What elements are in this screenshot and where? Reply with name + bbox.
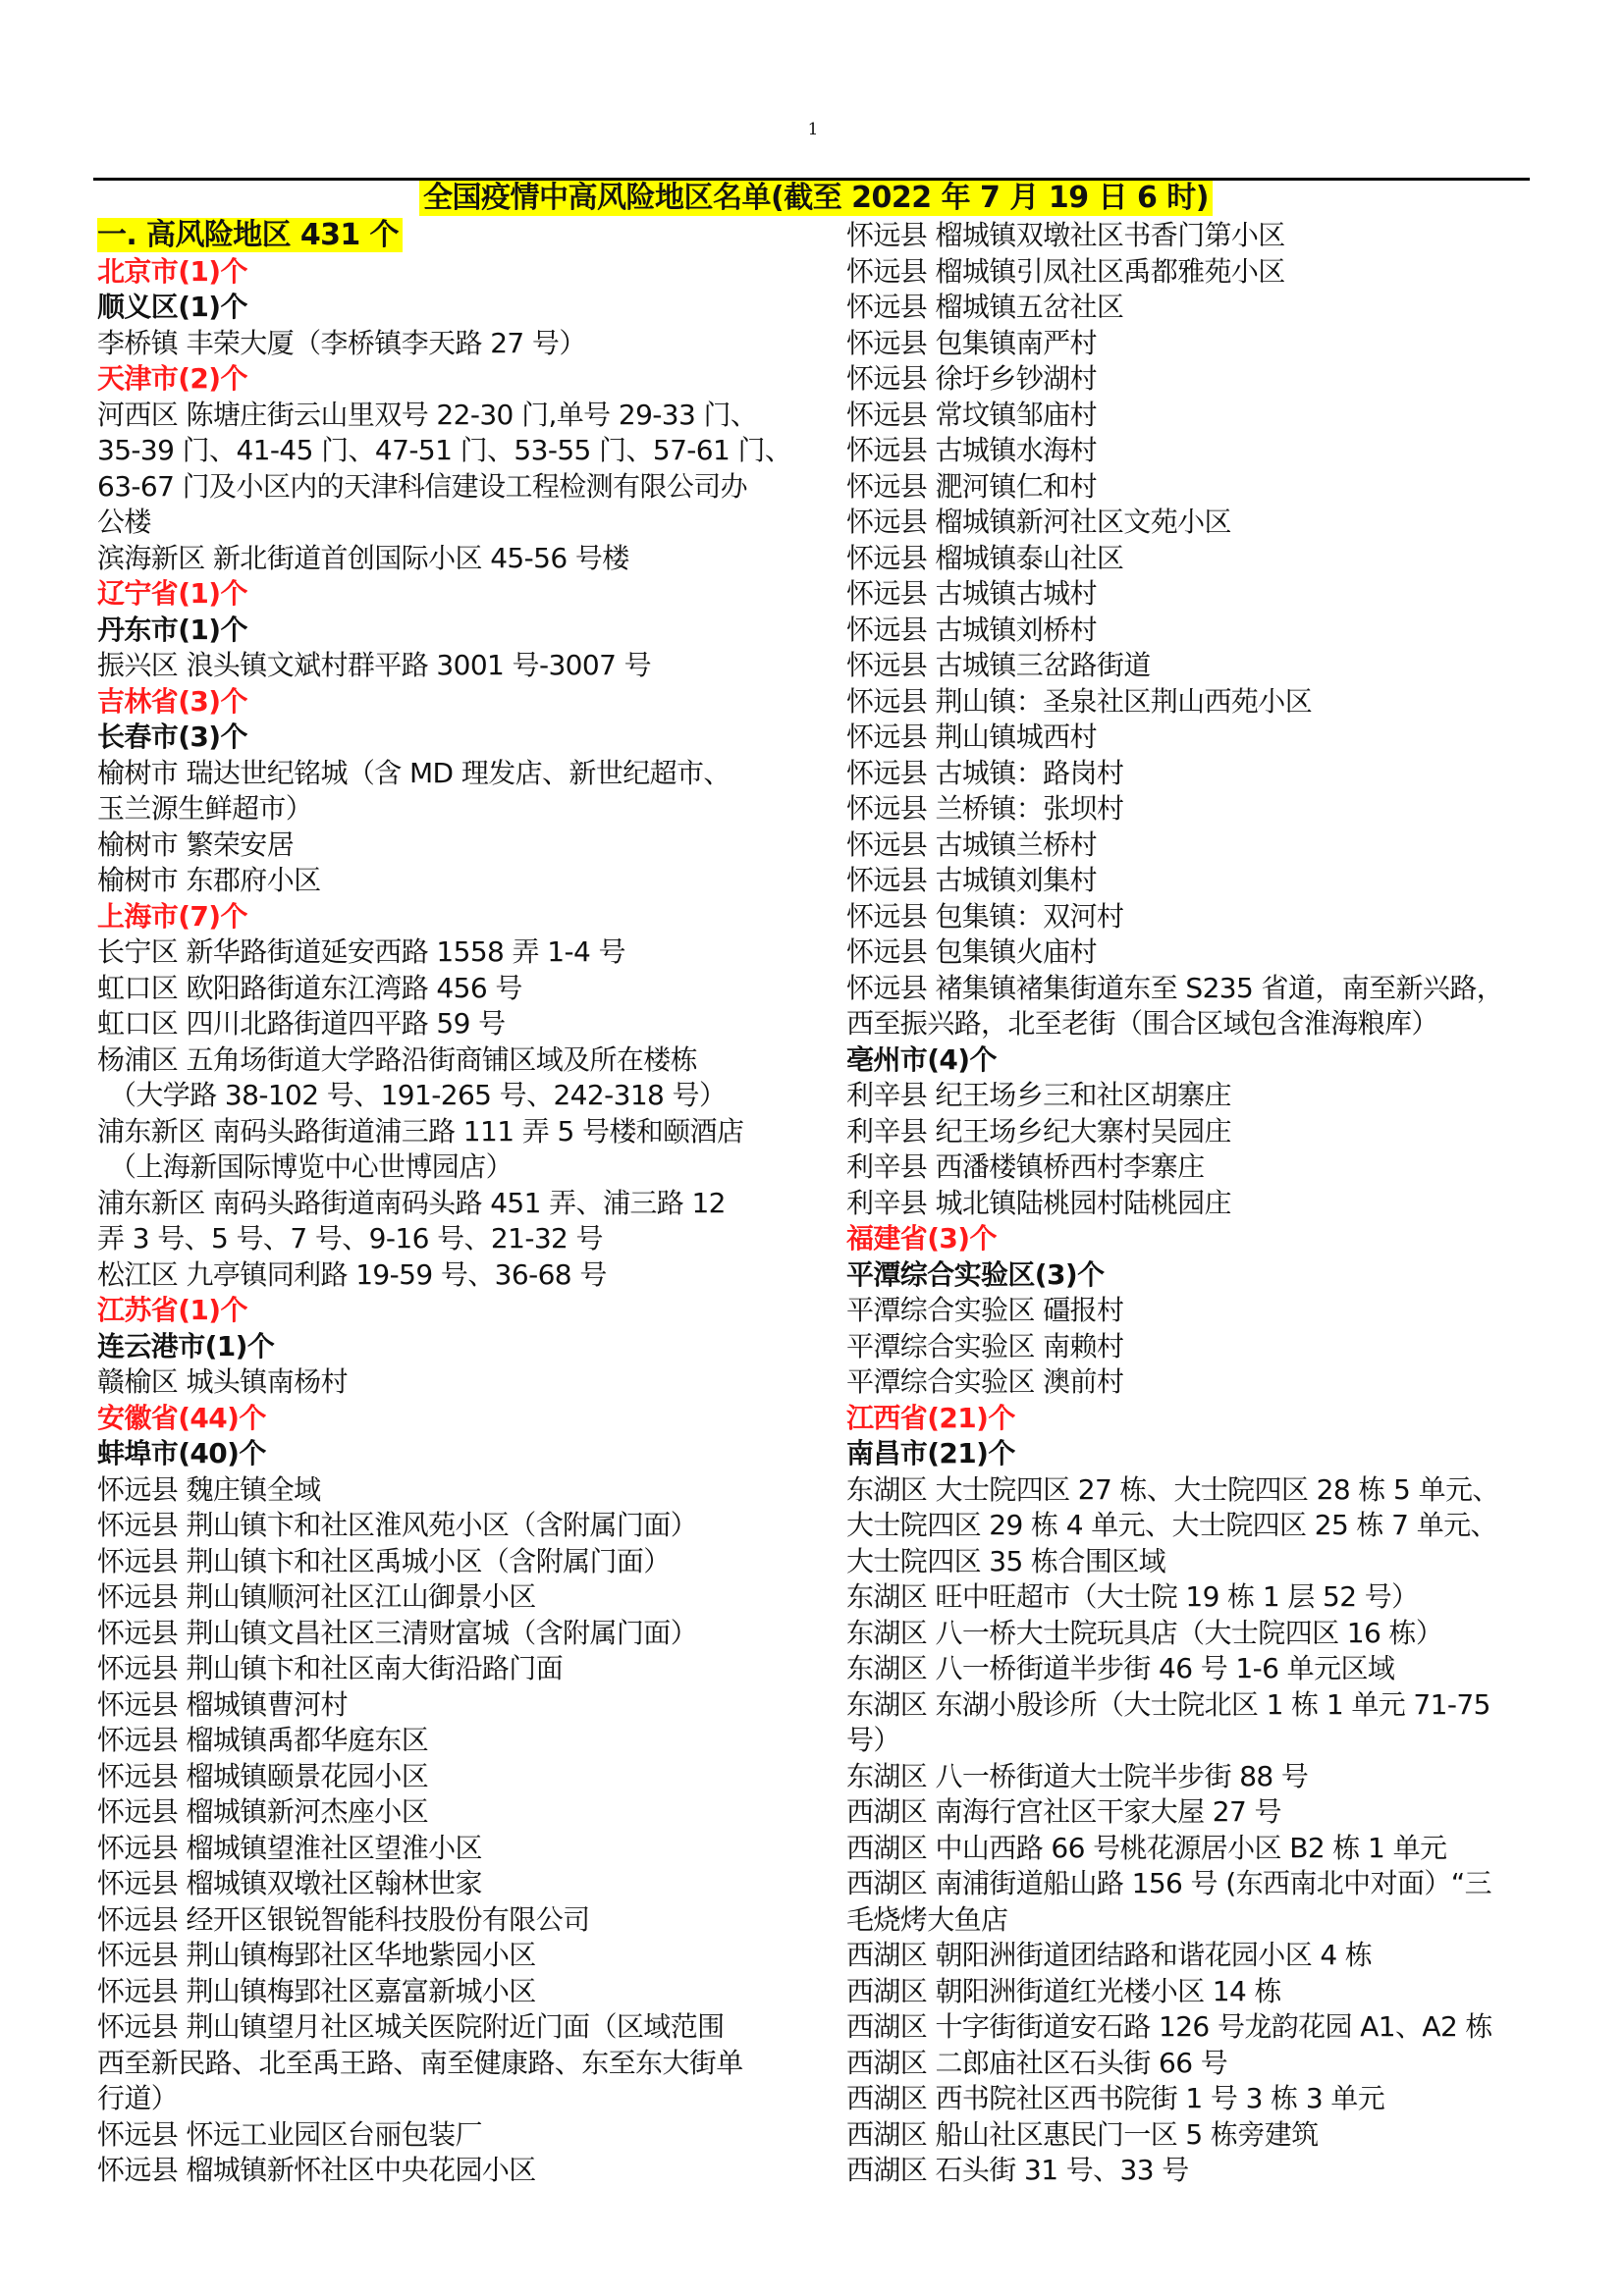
- area-entry: 怀远县 榴城镇颐景花园小区: [97, 1759, 819, 1795]
- area-entry: 虹口区 欧阳路街道东江湾路 456 号: [97, 971, 819, 1007]
- area-entry: 东湖区 八一桥街道半步街 46 号 1-6 单元区域: [846, 1651, 1553, 1687]
- area-entry-continuation: 西至新民路、北至禹王路、南至健康路、东至东大街单: [97, 2046, 819, 2082]
- city-heading: 平潭综合实验区(3)个: [846, 1257, 1553, 1294]
- area-entry: 西湖区 朝阳洲街道团结路和谐花园小区 4 栋: [846, 1938, 1553, 1974]
- area-entry: 东湖区 八一桥街道大士院半步街 88 号: [846, 1759, 1553, 1795]
- city-heading: 蚌埠市(40)个: [97, 1436, 819, 1472]
- area-entry: 西湖区 二郎庙社区石头街 66 号: [846, 2046, 1553, 2082]
- area-entry: 怀远县 荆山镇卞和社区南大街沿路门面: [97, 1651, 819, 1687]
- area-entry: 西湖区 朝阳洲街道红光楼小区 14 栋: [846, 1974, 1553, 2010]
- city-heading: 亳州市(4)个: [846, 1042, 1553, 1079]
- area-entry: 怀远县 荆山镇梅郢社区嘉富新城小区: [97, 1974, 819, 2010]
- area-entry-continuation: 公楼: [97, 505, 819, 541]
- area-entry: 西湖区 船山社区惠民门一区 5 栋旁建筑: [846, 2117, 1553, 2154]
- area-entry: 怀远县 荆山镇顺河社区江山御景小区: [97, 1579, 819, 1616]
- area-entry: 怀远县 榴城镇引凤社区禹都雅苑小区: [846, 254, 1553, 291]
- area-entry: 西湖区 中山西路 66 号桃花源居小区 B2 栋 1 单元: [846, 1831, 1553, 1867]
- province-heading: 吉林省(3)个: [97, 684, 819, 721]
- area-entry: 河西区 陈塘庄街云山里双号 22-30 门,单号 29-33 门、: [97, 398, 819, 434]
- area-entry: 怀远县 徐圩乡钞湖村: [846, 361, 1553, 398]
- area-entry: 怀远县 古城镇兰桥村: [846, 828, 1553, 864]
- area-entry: 怀远县 常坟镇邹庙村: [846, 398, 1553, 434]
- area-entry: 怀远县 榴城镇五岔社区: [846, 290, 1553, 326]
- area-entry: 平潭综合实验区 澳前村: [846, 1364, 1553, 1401]
- area-entry: 怀远县 古城镇刘集村: [846, 863, 1553, 899]
- area-entry-continuation: （上海新国际博览中心世博园店）: [97, 1149, 819, 1186]
- province-heading: 安徽省(44)个: [97, 1401, 819, 1437]
- area-entry: 利辛县 城北镇陆桃园村陆桃园庄: [846, 1186, 1553, 1222]
- area-entry: 怀远县 荆山镇梅郢社区华地紫园小区: [97, 1938, 819, 1974]
- area-entry: 西湖区 石头街 31 号、33 号: [846, 2153, 1553, 2189]
- area-entry: 榆树市 东郡府小区: [97, 863, 819, 899]
- area-entry: 利辛县 纪王场乡三和社区胡寨庄: [846, 1078, 1553, 1114]
- city-heading: 长春市(3)个: [97, 720, 819, 756]
- area-entry: 怀远县 怀远工业园区台丽包装厂: [97, 2117, 819, 2154]
- province-heading: 上海市(7)个: [97, 899, 819, 935]
- area-entry-continuation: （大学路 38-102 号、191-265 号、242-318 号）: [97, 1078, 819, 1114]
- area-entry: 怀远县 榴城镇泰山社区: [846, 541, 1553, 577]
- area-entry: 利辛县 纪王场乡纪大寨村吴园庄: [846, 1114, 1553, 1150]
- right-column: 怀远县 榴城镇双墩社区书香门第小区怀远县 榴城镇引凤社区禹都雅苑小区怀远县 榴城…: [846, 218, 1553, 2189]
- city-heading: 南昌市(21)个: [846, 1436, 1553, 1472]
- area-entry: 怀远县 褚集镇褚集街道东至 S235 省道，南至新兴路，: [846, 971, 1553, 1007]
- section-heading: 一. 高风险地区 431 个: [97, 218, 819, 254]
- area-entry-continuation: 弄 3 号、5 号、7 号、9-16 号、21-32 号: [97, 1221, 819, 1257]
- area-entry: 榆树市 繁荣安居: [97, 828, 819, 864]
- area-entry: 怀远县 魏庄镇全域: [97, 1472, 819, 1509]
- area-entry-continuation: 行道）: [97, 2081, 819, 2117]
- area-entry: 利辛县 西潘楼镇桥西村李寨庄: [846, 1149, 1553, 1186]
- area-entry: 浦东新区 南码头路街道浦三路 111 弄 5 号楼和颐酒店: [97, 1114, 819, 1150]
- area-entry-continuation: 毛烧烤大鱼店: [846, 1902, 1553, 1939]
- area-entry-continuation: 西至振兴路，北至老街（围合区域包含淮海粮库）: [846, 1006, 1553, 1042]
- area-entry-continuation: 号）: [846, 1723, 1553, 1759]
- area-entry: 怀远县 荆山镇城西村: [846, 720, 1553, 756]
- area-entry: 怀远县 荆山镇：圣泉社区荆山西苑小区: [846, 684, 1553, 721]
- area-entry: 东湖区 旺中旺超市（大士院 19 栋 1 层 52 号）: [846, 1579, 1553, 1616]
- area-entry: 平潭综合实验区 礓报村: [846, 1293, 1553, 1329]
- area-entry-continuation: 63-67 门及小区内的天津科信建设工程检测有限公司办: [97, 469, 819, 506]
- area-entry: 杨浦区 五角场街道大学路沿街商铺区域及所在楼栋: [97, 1042, 819, 1079]
- area-entry: 怀远县 荆山镇文昌社区三清财富城（含附属门面）: [97, 1616, 819, 1652]
- area-entry: 东湖区 东湖小殷诊所（大士院北区 1 栋 1 单元 71-75: [846, 1687, 1553, 1724]
- title-container: 全国疫情中高风险地区名单(截至 2022 年 7 月 19 日 6 时): [0, 181, 1624, 216]
- area-entry: 怀远县 包集镇：双河村: [846, 899, 1553, 935]
- area-entry: 怀远县 古城镇刘桥村: [846, 613, 1553, 649]
- area-entry: 怀远县 榴城镇新河杰座小区: [97, 1794, 819, 1831]
- area-entry: 怀远县 古城镇三岔路街道: [846, 648, 1553, 684]
- left-column: 一. 高风险地区 431 个 北京市(1)个顺义区(1)个李桥镇 丰荣大厦（李桥…: [97, 218, 819, 2189]
- province-heading: 江西省(21)个: [846, 1401, 1553, 1437]
- area-entry: 怀远县 包集镇南严村: [846, 326, 1553, 362]
- area-entry: 怀远县 榴城镇双墩社区翰林世家: [97, 1866, 819, 1902]
- area-entry: 怀远县 榴城镇新怀社区中央花园小区: [97, 2153, 819, 2189]
- area-entry: 怀远县 淝河镇仁和村: [846, 469, 1553, 506]
- area-entry: 西湖区 南浦街道船山路 156 号 (东西南北中对面）“三: [846, 1866, 1553, 1902]
- area-entry-continuation: 大士院四区 35 栋合围区域: [846, 1544, 1553, 1580]
- area-entry: 滨海新区 新北街道首创国际小区 45-56 号楼: [97, 541, 819, 577]
- province-heading: 江苏省(1)个: [97, 1293, 819, 1329]
- area-entry: 东湖区 大士院四区 27 栋、大士院四区 28 栋 5 单元、: [846, 1472, 1553, 1509]
- page-number: 1: [803, 120, 823, 139]
- area-entry: 怀远县 榴城镇双墩社区书香门第小区: [846, 218, 1553, 254]
- area-entry: 长宁区 新华路街道延安西路 1558 弄 1-4 号: [97, 934, 819, 971]
- document-title: 全国疫情中高风险地区名单(截至 2022 年 7 月 19 日 6 时): [419, 181, 1213, 216]
- area-entry: 浦东新区 南码头路街道南码头路 451 弄、浦三路 12: [97, 1186, 819, 1222]
- area-entry: 李桥镇 丰荣大厦（李桥镇李天路 27 号）: [97, 326, 819, 362]
- area-entry: 怀远县 荆山镇卞和社区禹城小区（含附属门面）: [97, 1544, 819, 1580]
- area-entry: 东湖区 八一桥大士院玩具店（大士院四区 16 栋）: [846, 1616, 1553, 1652]
- province-heading: 辽宁省(1)个: [97, 576, 819, 613]
- area-entry: 怀远县 古城镇：路岗村: [846, 756, 1553, 792]
- province-heading: 天津市(2)个: [97, 361, 819, 398]
- area-entry: 西湖区 十字街街道安石路 126 号龙韵花园 A1、A2 栋: [846, 2009, 1553, 2046]
- area-entry: 赣榆区 城头镇南杨村: [97, 1364, 819, 1401]
- city-heading: 顺义区(1)个: [97, 290, 819, 326]
- city-heading: 丹东市(1)个: [97, 613, 819, 649]
- area-entry: 怀远县 榴城镇禹都华庭东区: [97, 1723, 819, 1759]
- section-heading-text: 一. 高风险地区 431 个: [97, 218, 403, 252]
- area-entry-continuation: 大士院四区 29 栋 4 单元、大士院四区 25 栋 7 单元、: [846, 1508, 1553, 1544]
- left-column-lines: 北京市(1)个顺义区(1)个李桥镇 丰荣大厦（李桥镇李天路 27 号）天津市(2…: [97, 254, 819, 2189]
- city-heading: 连云港市(1)个: [97, 1329, 819, 1365]
- area-entry: 怀远县 榴城镇新河社区文苑小区: [846, 505, 1553, 541]
- area-entry: 怀远县 兰桥镇：张坝村: [846, 791, 1553, 828]
- area-entry: 怀远县 荆山镇卞和社区淮风苑小区（含附属门面）: [97, 1508, 819, 1544]
- area-entry: 怀远县 包集镇火庙村: [846, 934, 1553, 971]
- area-entry: 怀远县 荆山镇望月社区城关医院附近门面（区域范围: [97, 2009, 819, 2046]
- area-entry: 西湖区 西书院社区西书院街 1 号 3 栋 3 单元: [846, 2081, 1553, 2117]
- area-entry: 榆树市 瑞达世纪铭城（含 MD 理发店、新世纪超市、: [97, 756, 819, 792]
- area-entry: 平潭综合实验区 南赖村: [846, 1329, 1553, 1365]
- area-entry: 怀远县 榴城镇望淮社区望淮小区: [97, 1831, 819, 1867]
- area-entry: 振兴区 浪头镇文斌村群平路 3001 号-3007 号: [97, 648, 819, 684]
- area-entry: 怀远县 经开区银锐智能科技股份有限公司: [97, 1902, 819, 1939]
- right-column-lines: 怀远县 榴城镇双墩社区书香门第小区怀远县 榴城镇引凤社区禹都雅苑小区怀远县 榴城…: [846, 218, 1553, 2189]
- area-entry-continuation: 玉兰源生鲜超市）: [97, 791, 819, 828]
- area-entry: 怀远县 古城镇古城村: [846, 576, 1553, 613]
- province-heading: 北京市(1)个: [97, 254, 819, 291]
- area-entry: 怀远县 古城镇水海村: [846, 433, 1553, 469]
- area-entry: 松江区 九亭镇同利路 19-59 号、36-68 号: [97, 1257, 819, 1294]
- province-heading: 福建省(3)个: [846, 1221, 1553, 1257]
- area-entry: 怀远县 榴城镇曹河村: [97, 1687, 819, 1724]
- area-entry: 西湖区 南海行宫社区干家大屋 27 号: [846, 1794, 1553, 1831]
- area-entry: 虹口区 四川北路街道四平路 59 号: [97, 1006, 819, 1042]
- area-entry-continuation: 35-39 门、41-45 门、47-51 门、53-55 门、57-61 门、: [97, 433, 819, 469]
